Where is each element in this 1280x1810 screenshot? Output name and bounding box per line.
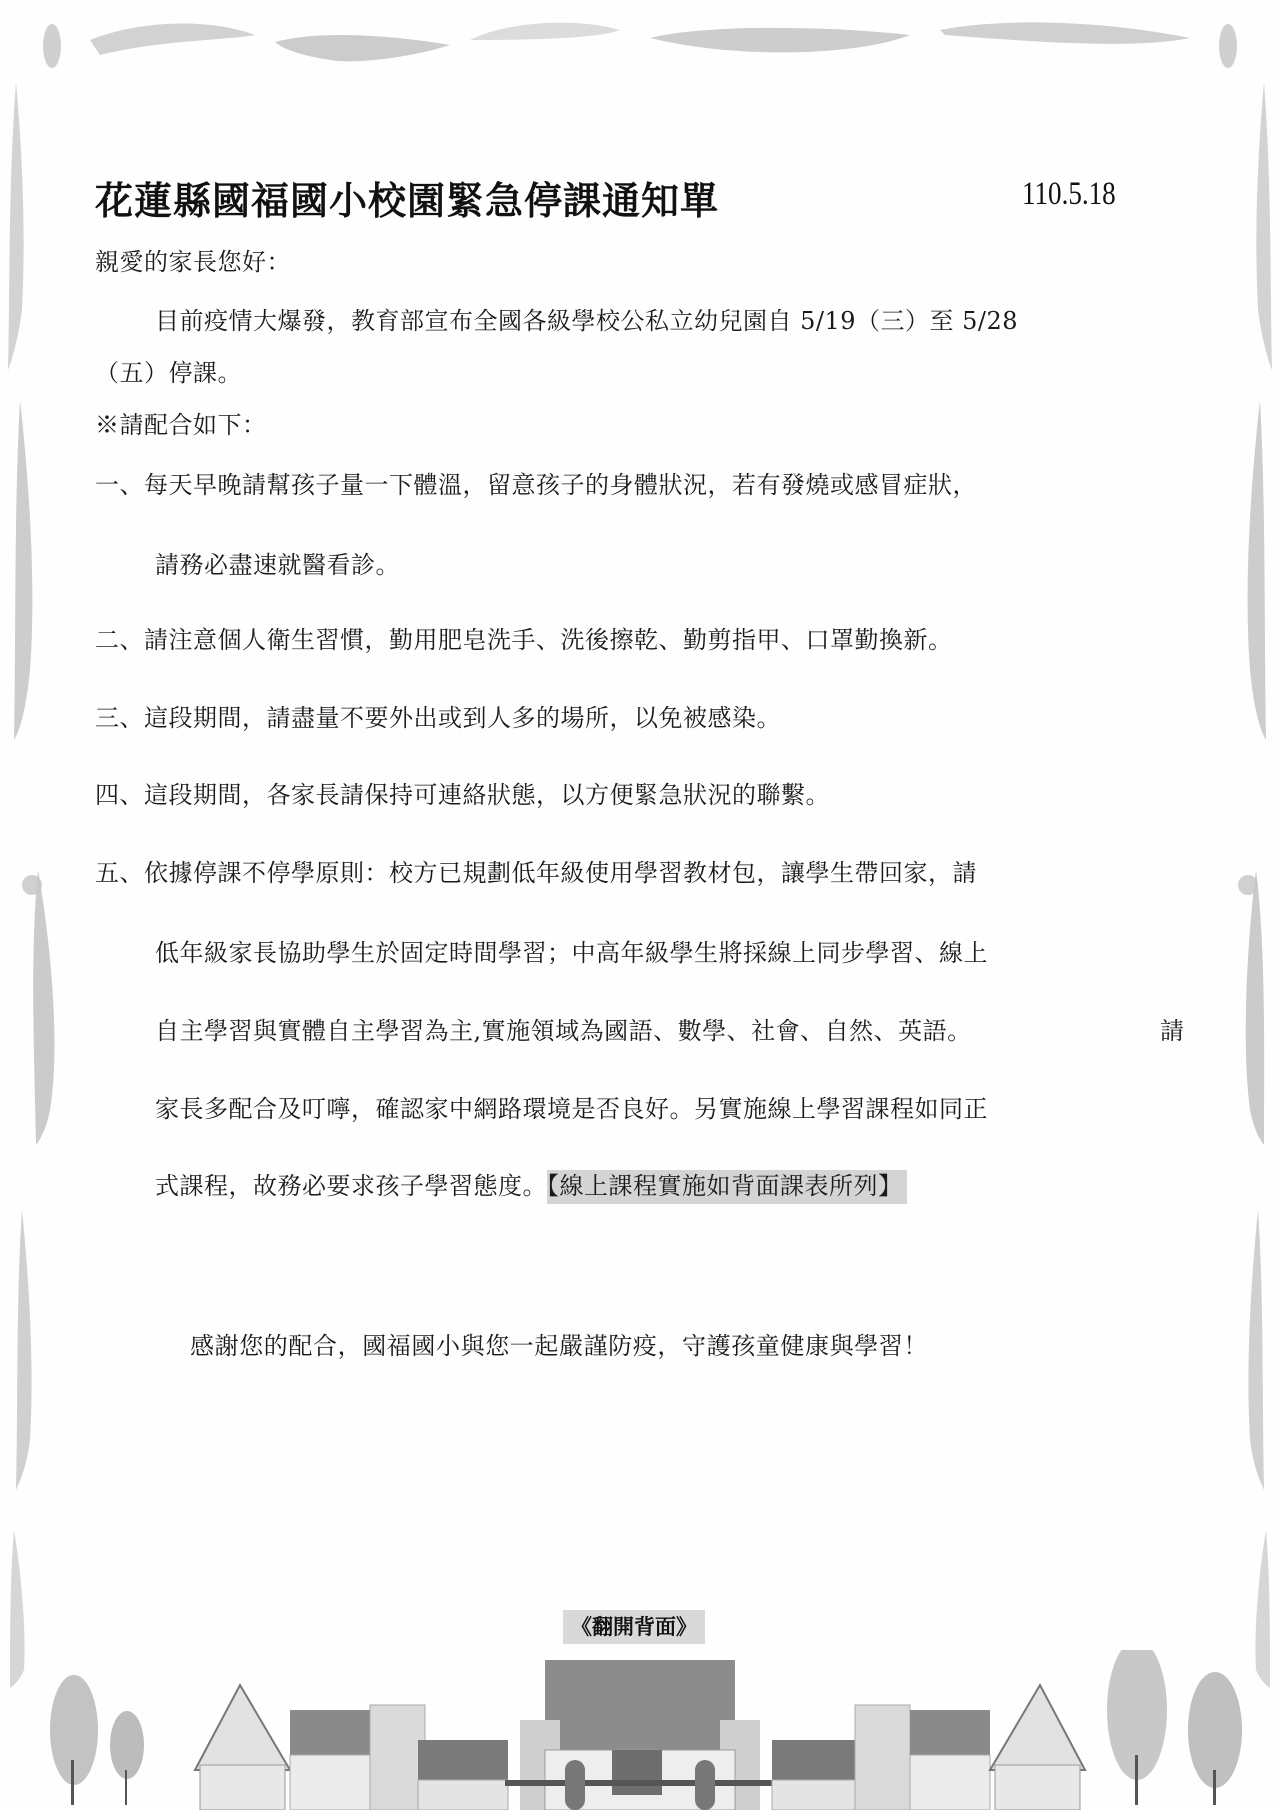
list-item-text: 這段期間，各家長請保持可連絡狀態，以方便緊急狀況的聯繫。	[144, 781, 830, 809]
list-item-number: 三、	[95, 704, 144, 732]
greeting: 親愛的家長您好：	[95, 247, 291, 277]
list-item-5-continuation-2: 自主學習與實體自主學習為主,實施領域為國語、數學、社會、自然、英語。	[155, 1016, 972, 1046]
list-item-3: 三、這段期間，請盡量不要外出或到人多的場所，以免被感染。	[95, 703, 781, 733]
ribbon-dot-left-icon	[22, 875, 42, 895]
schedule-reference-highlight: 【線上課程實施如背面課表所列】	[547, 1170, 907, 1204]
instructions-heading: ※請配合如下：	[95, 410, 267, 440]
town-illustration-icon	[0, 1650, 1280, 1810]
list-item-text: 每天早晚請幫孩子量一下體溫，留意孩子的身體狀況，若有發燒或感冒症狀，	[144, 471, 977, 499]
intro-line-1: 目前疫情大爆發，教育部宣布全國各級學校公私立幼兒園自 5/19（三）至 5/28	[155, 306, 1018, 336]
list-item-5-continuation-1: 低年級家長協助學生於固定時間學習；中高年級學生將採線上同步學習、線上	[155, 938, 988, 968]
list-item-number: 一、	[95, 471, 144, 499]
list-item-text: 這段期間，請盡量不要外出或到人多的場所，以免被感染。	[144, 704, 781, 732]
list-item-5-continuation-2-trailing: 請	[1160, 1016, 1185, 1046]
notice-title: 花蓮縣國福國小校園緊急停課通知單	[95, 170, 719, 225]
list-item-5: 五、依據停課不停學原則：校方已規劃低年級使用學習教材包，讓學生帶回家，請	[95, 858, 977, 888]
notice-date: 110.5.18	[1022, 176, 1116, 213]
notice-page: 花蓮縣國福國小校園緊急停課通知單 110.5.18 親愛的家長您好： 目前疫情大…	[0, 0, 1280, 1810]
list-item-1-continuation: 請務必盡速就醫看診。	[155, 550, 400, 580]
ribbon-dot-right-icon	[1238, 875, 1258, 895]
list-item-2: 二、請注意個人衛生習慣，勤用肥皂洗手、洗後擦乾、勤剪指甲、口罩勤換新。	[95, 625, 953, 655]
list-item-5-continuation-3: 家長多配合及叮嚀，確認家中網路環境是否良好。另實施線上學習課程如同正	[155, 1094, 988, 1124]
intro-line-2: （五）停課。	[95, 358, 242, 388]
list-item-1: 一、每天早晚請幫孩子量一下體溫，留意孩子的身體狀況，若有發燒或感冒症狀，	[95, 470, 977, 500]
list-item-5-continuation-4: 式課程，故務必要求孩子學習態度。【線上課程實施如背面課表所列】	[155, 1171, 907, 1201]
flip-over-notice: 《翻開背面》	[563, 1610, 705, 1644]
ribbon-border-top-icon	[0, 0, 1280, 80]
list-item-number: 五、	[95, 859, 144, 887]
list-item-number: 二、	[95, 626, 144, 654]
list-item-number: 四、	[95, 781, 144, 809]
list-item-text: 式課程，故務必要求孩子學習態度。	[155, 1172, 547, 1200]
list-item-4: 四、這段期間，各家長請保持可連絡狀態，以方便緊急狀況的聯繫。	[95, 780, 830, 810]
list-item-text: 請注意個人衛生習慣，勤用肥皂洗手、洗後擦乾、勤剪指甲、口罩勤換新。	[144, 626, 953, 654]
list-item-text: 依據停課不停學原則：校方已規劃低年級使用學習教材包，讓學生帶回家，請	[144, 859, 977, 887]
closing-message: 感謝您的配合，國福國小與您一起嚴謹防疫，守護孩童健康與學習！	[190, 1326, 928, 1361]
